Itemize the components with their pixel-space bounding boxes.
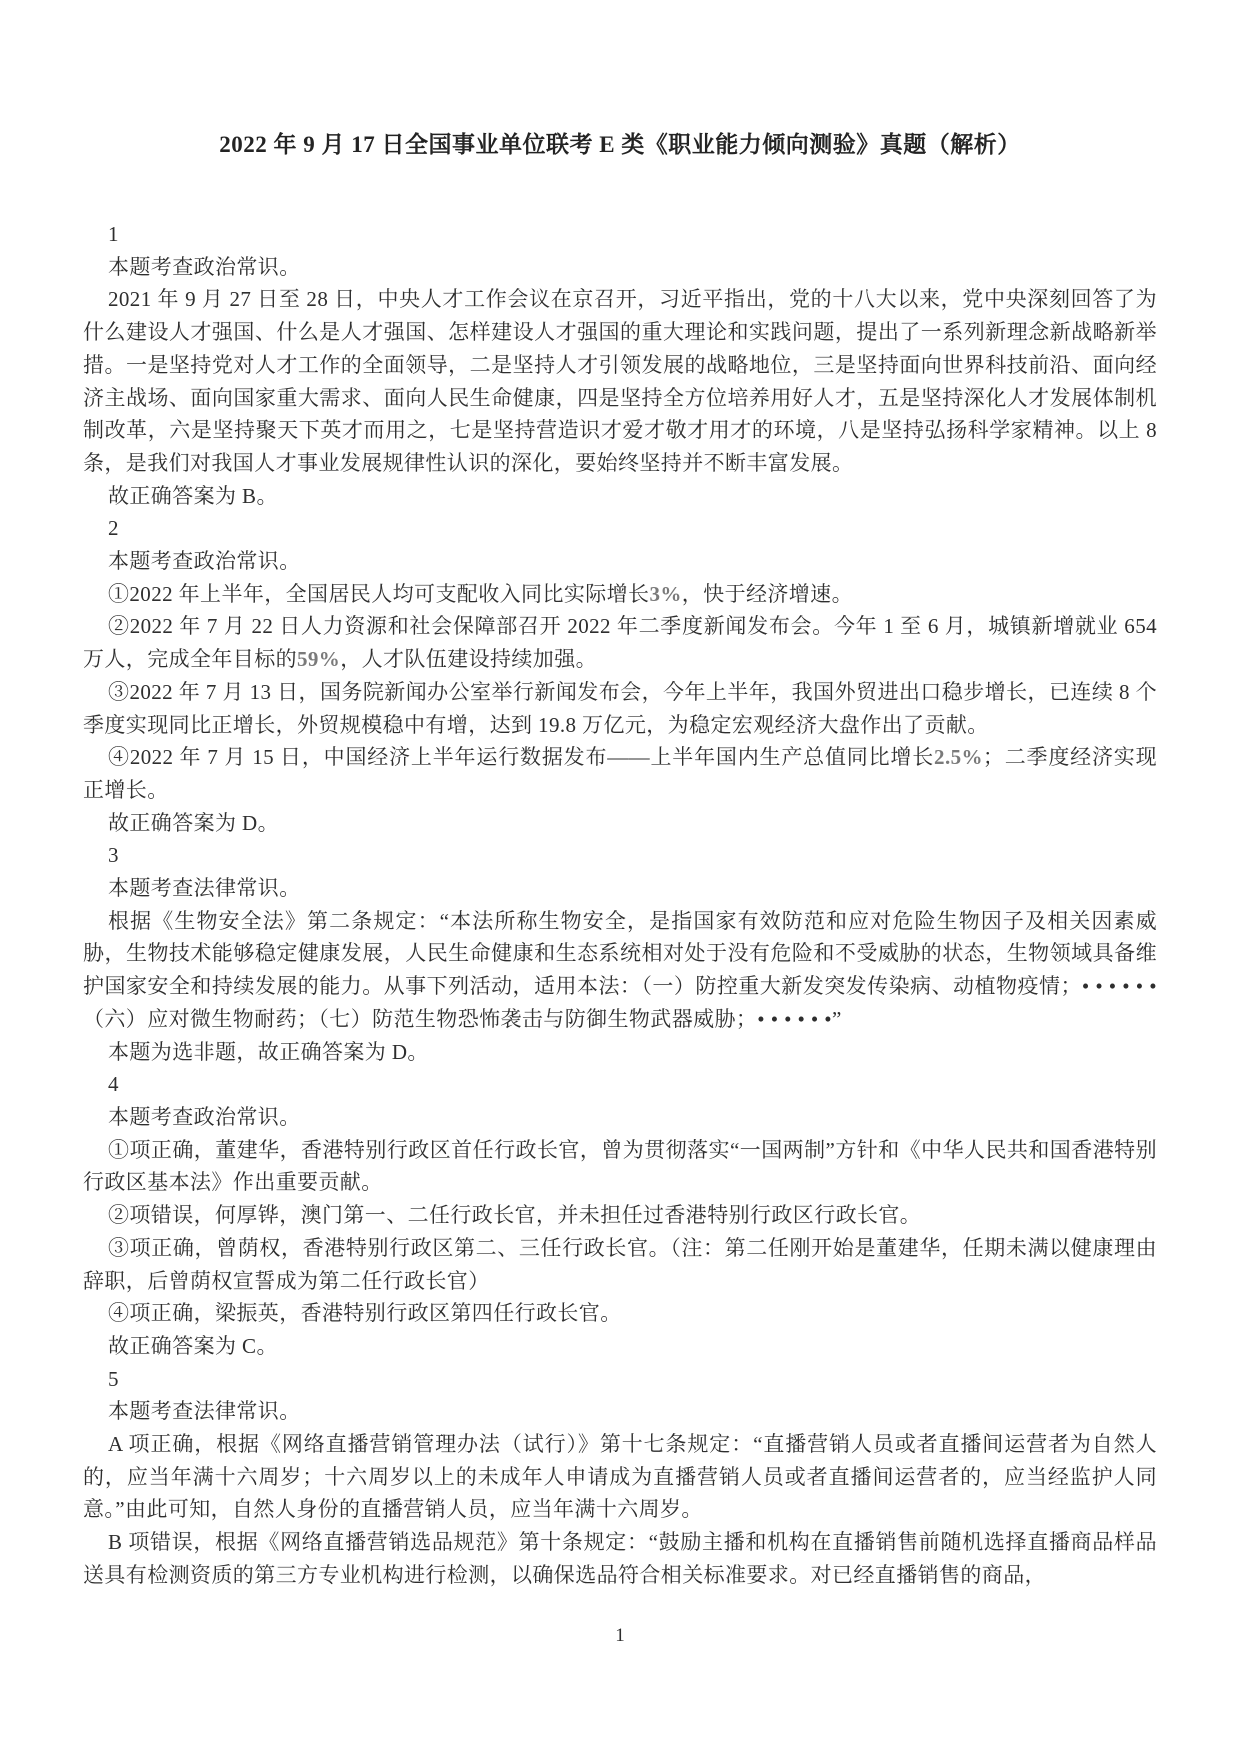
paragraphs: 1本题考查政治常识。2021 年 9 月 27 日至 28 日，中央人才工作会议… [83,218,1157,1592]
text-segment: ①项正确，董建华，香港特别行政区首任行政长官，曾为贯彻落实“一国两制”方针和《中… [83,1138,1157,1195]
document-title: 2022 年 9 月 17 日全国事业单位联考 E 类《职业能力倾向测验》真题（… [83,128,1157,162]
text-segment: 故正确答案为 B。 [108,484,278,508]
paragraph: 2 [83,512,1157,545]
text-segment: B 项错误，根据《网络直播营销选品规范》第十条规定：“鼓励主播和机构在直播销售前… [83,1530,1157,1587]
document-content: 2022 年 9 月 17 日全国事业单位联考 E 类《职业能力倾向测验》真题（… [83,128,1157,1592]
text-segment: 本题为选非题，故正确答案为 D。 [108,1040,429,1064]
text-segment: 3 [108,843,119,867]
paragraph: A 项正确，根据《网络直播营销管理办法（试行）》第十七条规定：“直播营销人员或者… [83,1428,1157,1526]
highlighted-text: 59% [297,647,340,671]
paragraph: ②项错误，何厚铧，澳门第一、二任行政长官，并未担任过香港特别行政区行政长官。 [83,1199,1157,1232]
text-segment: 本题考查法律常识。 [108,876,301,900]
paragraph: 本题考查政治常识。 [83,545,1157,578]
text-segment: ④项正确，梁振英，香港特别行政区第四任行政长官。 [108,1301,622,1325]
paragraph: 3 [83,839,1157,872]
paragraph: 1 [83,218,1157,251]
text-segment: 本题考查政治常识。 [108,255,301,279]
paragraph: ③2022 年 7 月 13 日，国务院新闻办公室举行新闻发布会，今年上半年，我… [83,676,1157,741]
paragraph: ④2022 年 7 月 15 日，中国经济上半年运行数据发布——上半年国内生产总… [83,741,1157,806]
paragraph: ③项正确，曾荫权，香港特别行政区第二、三任行政长官。（注：第二任刚开始是董建华，… [83,1232,1157,1297]
highlighted-text: 2.5% [934,745,983,769]
paragraph: ②2022 年 7 月 22 日人力资源和社会保障部召开 2022 年二季度新闻… [83,610,1157,675]
paragraph: 本题考查法律常识。 [83,1395,1157,1428]
paragraph: 故正确答案为 C。 [83,1330,1157,1363]
text-segment: 故正确答案为 C。 [108,1334,278,1358]
paragraph: ①项正确，董建华，香港特别行政区首任行政长官，曾为贯彻落实“一国两制”方针和《中… [83,1134,1157,1199]
text-segment: ，人才队伍建设持续加强。 [340,647,597,671]
text-segment: ②项错误，何厚铧，澳门第一、二任行政长官，并未担任过香港特别行政区行政长官。 [108,1203,921,1227]
document-page: 2022 年 9 月 17 日全国事业单位联考 E 类《职业能力倾向测验》真题（… [0,0,1240,1754]
text-segment: ①2022 年上半年，全国居民人均可支配收入同比实际增长 [108,582,649,606]
paragraph: 故正确答案为 D。 [83,807,1157,840]
text-segment: ③项正确，曾荫权，香港特别行政区第二、三任行政长官。（注：第二任刚开始是董建华，… [83,1236,1157,1293]
text-segment: 1 [108,222,119,246]
text-segment: 2 [108,516,119,540]
page-number: 1 [0,1624,1240,1648]
highlighted-text: 3% [649,582,681,606]
text-segment: 根据《生物安全法》第二条规定：“本法所称生物安全，是指国家有效防范和应对危险生物… [83,909,1157,1031]
text-segment: 5 [108,1367,119,1391]
paragraph: ④项正确，梁振英，香港特别行政区第四任行政长官。 [83,1297,1157,1330]
paragraph: 本题考查政治常识。 [83,1101,1157,1134]
paragraph: ①2022 年上半年，全国居民人均可支配收入同比实际增长3%，快于经济增速。 [83,578,1157,611]
paragraph: 根据《生物安全法》第二条规定：“本法所称生物安全，是指国家有效防范和应对危险生物… [83,905,1157,1036]
text-segment: 本题考查政治常识。 [108,1105,301,1129]
text-segment: 本题考查法律常识。 [108,1399,301,1423]
text-segment: ，快于经济增速。 [682,582,853,606]
paragraph: 5 [83,1363,1157,1396]
text-segment: ④2022 年 7 月 15 日，中国经济上半年运行数据发布——上半年国内生产总… [108,745,934,769]
paragraph: 故正确答案为 B。 [83,480,1157,513]
paragraph: 本题为选非题，故正确答案为 D。 [83,1036,1157,1069]
text-segment: 2021 年 9 月 27 日至 28 日，中央人才工作会议在京召开，习近平指出… [83,287,1157,475]
text-segment: A 项正确，根据《网络直播营销管理办法（试行）》第十七条规定：“直播营销人员或者… [83,1432,1157,1521]
text-segment: 本题考查政治常识。 [108,549,301,573]
text-segment: 故正确答案为 D。 [108,811,279,835]
paragraph: B 项错误，根据《网络直播营销选品规范》第十条规定：“鼓励主播和机构在直播销售前… [83,1526,1157,1591]
paragraph: 本题考查法律常识。 [83,872,1157,905]
paragraph: 4 [83,1068,1157,1101]
text-segment: ②2022 年 7 月 22 日人力资源和社会保障部召开 2022 年二季度新闻… [83,614,1157,671]
text-segment: 4 [108,1072,119,1096]
paragraph: 2021 年 9 月 27 日至 28 日，中央人才工作会议在京召开，习近平指出… [83,283,1157,479]
text-segment: ③2022 年 7 月 13 日，国务院新闻办公室举行新闻发布会，今年上半年，我… [83,680,1157,737]
paragraph: 本题考查政治常识。 [83,251,1157,284]
